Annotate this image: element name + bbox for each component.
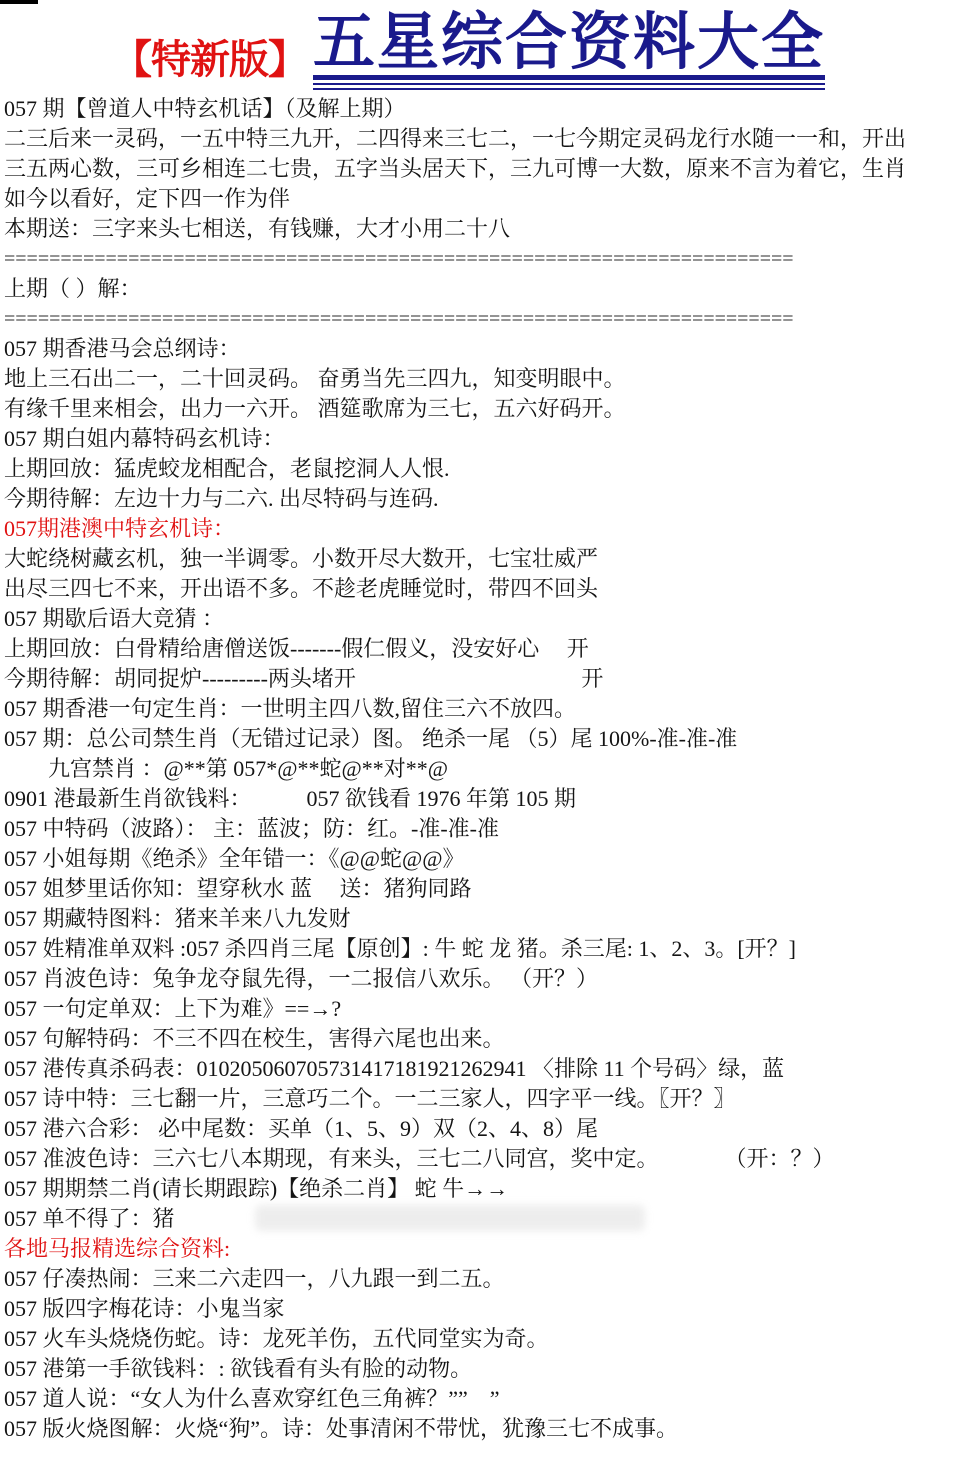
text-line: 057 期【曾道人中特玄机话】（及解上期） (4, 94, 967, 124)
edition-badge: 【特新版】 (112, 40, 307, 80)
text-line: 上期回放：白骨精给唐僧送饭-------假仁假义，没安好心 开 (4, 634, 967, 664)
text-line: 057 期藏特图料：猪来羊来八九发财 (4, 904, 967, 934)
text-line: 057 期香港一句定生肖：一世明主四八数,留住三六不放四。 (4, 694, 967, 724)
text-line: 057 火车头烧烧伤蛇。诗：龙死羊伤，五代同堂实为奇。 (4, 1324, 967, 1354)
text-line: 057 道人说：“女人为什么喜欢穿红色三角裤？”” ” (4, 1384, 967, 1414)
text-line: 大蛇绕树藏玄机，独一半调零。小数开尽大数开，七宝壮威严 (4, 544, 967, 574)
page-title-underline: 五星综合资料大全 (313, 12, 825, 90)
page-header: 【特新版】 五星综合资料大全 (0, 0, 967, 90)
text-line: 有缘千里来相会，出力一六开。 酒筵歌席为三七，五六好码开。 (4, 394, 967, 424)
text-line: 057 诗中特：三七翻一片，三意巧二个。一二三家人，四字平一线。〖开？〗 (4, 1084, 967, 1114)
text-line: 今期待解：左边十力与二六. 出尽特码与连码. (4, 484, 967, 514)
text-line: 二三后来一灵码，一五中特三九开，二四得来三七二，一七今期定灵码龙行水随一一和，开… (4, 124, 967, 154)
separator-line: ========================================… (4, 244, 967, 274)
text-line: 057 港第一手欲钱料：: 欲钱看有头有脸的动物。 (4, 1354, 967, 1384)
text-line: 057 肖波色诗：兔争龙夺鼠先得，一二报信八欢乐。 （开？） (4, 964, 967, 994)
text-line: 057 句解特码：不三不四在校生，害得六尾也出来。 (4, 1024, 967, 1054)
text-line: 0901 港最新生肖欲钱料： 057 欲钱看 1976 年第 105 期 (4, 784, 967, 814)
content-lines: 057 期【曾道人中特玄机话】（及解上期）二三后来一灵码，一五中特三九开，二四得… (0, 90, 967, 1444)
text-line: 057 港传真杀码表：01020506070573141718192126294… (4, 1054, 967, 1084)
separator-line: ========================================… (4, 304, 967, 334)
text-line: 057期港澳中特玄机诗： (4, 514, 967, 544)
text-line: 057 小姐每期《绝杀》全年错一：《@@蛇@@》 (4, 844, 967, 874)
text-line: 057 期白姐内幕特码玄机诗： (4, 424, 967, 454)
text-line: 地上三石出二一，二十回灵码。 奋勇当先三四九，知变明眼中。 (4, 364, 967, 394)
text-line: 057 期香港马会总纲诗： (4, 334, 967, 364)
text-line: 如今以看好，定下四一作为伴 (4, 184, 967, 214)
text-line: 本期送：三字来头七相送，有钱赚，大才小用二十八 (4, 214, 967, 244)
scan-watermark-smudge (255, 1205, 645, 1231)
text-line: 今期待解：胡同捉炉---------两头堵开 开 (4, 664, 967, 694)
text-line: 057 港六合彩： 必中尾数：买单（1、5、9）双（2、4、8）尾 (4, 1114, 967, 1144)
text-line: 上期（ ）解： (4, 274, 967, 304)
text-line: 057 版火烧图解：火烧“狗”。诗：处事清闲不带忧，犹豫三七不成事。 (4, 1414, 967, 1444)
text-line: 057 期：总公司禁生肖（无错过记录）图。 绝杀一尾 （5）尾 100%-准-准… (4, 724, 967, 754)
text-line: 057 中特码（波路）： 主：蓝波；防：红。-准-准-准 (4, 814, 967, 844)
text-line: 057 版四字梅花诗：小鬼当家 (4, 1294, 967, 1324)
text-line: 057 姐梦里话你知：望穿秋水 蓝 送：猪狗同路 (4, 874, 967, 904)
text-line: 各地马报精选综合资料: (4, 1234, 967, 1264)
text-line: 057 仔凑热闹：三来二六走四一，八九跟一到二五。 (4, 1264, 967, 1294)
text-line: 057 准波色诗：三六七八本期现，有来头，三七二八同宫，奖中定。 （开：？） (4, 1144, 967, 1174)
text-line: 出尽三四七不来，开出语不多。不趁老虎睡觉时，带四不回头 (4, 574, 967, 604)
text-line: 九宫禁肖 ：@**第 057*@**蛇@**对**@ (4, 754, 967, 784)
text-line: 057 一句定单双：上下为难》==→? (4, 994, 967, 1024)
page-title: 五星综合资料大全 (313, 12, 825, 80)
text-line: 057 期歇后语大竞猜 ： (4, 604, 967, 634)
text-line: 上期回放：猛虎蛟龙相配合，老鼠挖洞人人恨. (4, 454, 967, 484)
text-line: 057 姓精准单双料 :057 杀四肖三尾【原创】: 牛 蛇 龙 猪。杀三尾: … (4, 934, 967, 964)
text-line: 三五两心数，三可乡相连二七贵，五字当头居天下，三九可博一大数，原来不言为着它，生… (4, 154, 967, 184)
text-line: 057 期期禁二肖(请长期跟踪)【绝杀二肖】 蛇 牛→→ (4, 1174, 967, 1204)
scan-artifact-line (0, 0, 38, 4)
